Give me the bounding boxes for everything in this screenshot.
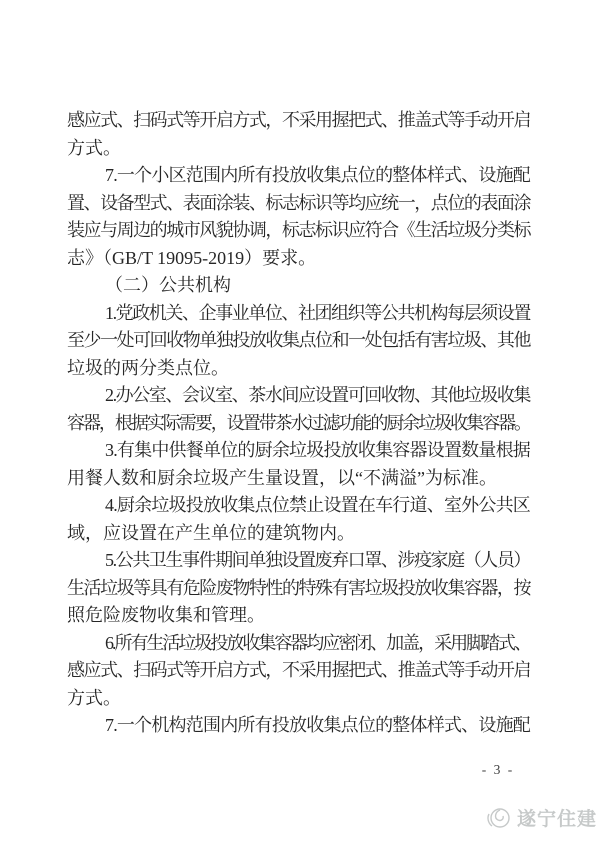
text-line: 域，应设置在产生单位的建筑物内。: [67, 520, 530, 548]
text-line: 3.有集中供餐单位的厨余垃圾投放收集容器设置数量根据: [67, 437, 530, 465]
text-line: 1.党政机关、企事业单位、社团组织等公共机构每层须设置: [67, 300, 530, 328]
text-line: 感应式、扫码式等开启方式，不采用握把式、推盖式等手动开启: [67, 657, 530, 685]
text-line: 生活垃圾等具有危险废物特性的特殊有害垃圾投放收集容器，按: [67, 575, 530, 603]
text-line: 2.办公室、会议室、茶水间应设置可回收物、其他垃圾收集: [67, 382, 530, 410]
body-text: 感应式、扫码式等开启方式，不采用握把式、推盖式等手动开启方式。7.一个小区范围内…: [67, 107, 530, 740]
text-line: 7.一个小区范围内所有投放收集点位的整体样式、设施配: [67, 162, 530, 190]
text-line: 装应与周边的城市风貌协调，标志标识应符合《生活垃圾分类标: [67, 217, 530, 245]
text-line: 方式。: [67, 685, 530, 713]
watermark: 遂宁住建: [486, 804, 597, 831]
text-line: 照危险废物收集和管理。: [67, 602, 530, 630]
text-line: 6.所有生活垃圾投放收集容器均应密闭、加盖，采用脚踏式、: [67, 630, 530, 658]
text-line: 容器，根据实际需要，设置带茶水过滤功能的厨余垃圾收集容器。: [67, 410, 530, 438]
watermark-text: 遂宁住建: [517, 804, 597, 831]
text-line: 感应式、扫码式等开启方式，不采用握把式、推盖式等手动开启: [67, 107, 530, 135]
text-line: 至少一处可回收物单独投放收集点位和一处包括有害垃圾、其他: [67, 327, 530, 355]
document-page: 感应式、扫码式等开启方式，不采用握把式、推盖式等手动开启方式。7.一个小区范围内…: [0, 0, 600, 842]
page-number: - 3 -: [468, 762, 528, 778]
text-line: 方式。: [67, 135, 530, 163]
text-line: 4.厨余垃圾投放收集点位禁止设置在车行道、室外公共区: [67, 492, 530, 520]
text-line: 用餐人数和厨余垃圾产生量设置，以“不满溢”为标准。: [67, 465, 530, 493]
text-line: 7.一个机构范围内所有投放收集点位的整体样式、设施配: [67, 712, 530, 740]
text-line: （二）公共机构: [67, 272, 530, 300]
text-line: 志》（GB/T 19095-2019）要求。: [67, 245, 530, 273]
text-line: 置、设备型式、表面涂装、标志标识等均应统一，点位的表面涂: [67, 190, 530, 218]
text-line: 垃圾的两分类点位。: [67, 355, 530, 383]
text-line: 5.公共卫生事件期间单独设置废弃口罩、涉疫家庭（人员）: [67, 547, 530, 575]
suining-zhujian-logo-icon: [486, 806, 512, 830]
